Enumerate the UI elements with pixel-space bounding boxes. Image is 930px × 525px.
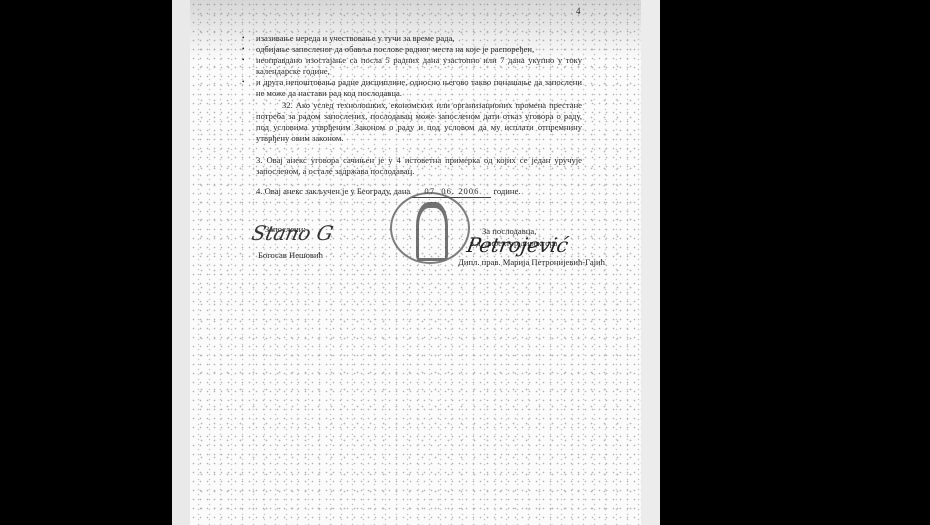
paragraph-3: 3. Овај анекс уговора сачињен је у 4 ист… (256, 155, 582, 177)
document-content: 4 изазивање нереда и учествовање у тучи … (172, 0, 660, 525)
employer-signature: Petrojević (466, 240, 569, 251)
list-item: неоправдано изостајање са посла 5 радних… (256, 55, 582, 77)
violations-list: изазивање нереда и учествовање у тучи за… (256, 33, 582, 99)
list-item: одбијање запосленог да обавља послове ра… (256, 44, 582, 55)
official-stamp-icon (390, 192, 470, 264)
employee-signature: Stano G (251, 228, 334, 239)
paragraph-4-prefix: 4. Овај анекс закључен је у Београду, да… (256, 186, 410, 196)
paragraph-32: 32. Ако услед технолошких, економских ил… (256, 100, 582, 144)
document-page: 4 изазивање нереда и учествовање у тучи … (172, 0, 660, 525)
paragraph-4-suffix: године. (494, 186, 521, 196)
list-item: изазивање нереда и учествовање у тучи за… (256, 33, 582, 44)
employer-name: Дипл. прав. Марија Петронијевић-Гајић (458, 257, 605, 268)
employee-name: Богосав Нешовић (258, 250, 323, 261)
list-item: и друга непоштовања радне дисциплине, од… (256, 77, 582, 99)
page-number: 4 (576, 6, 581, 17)
